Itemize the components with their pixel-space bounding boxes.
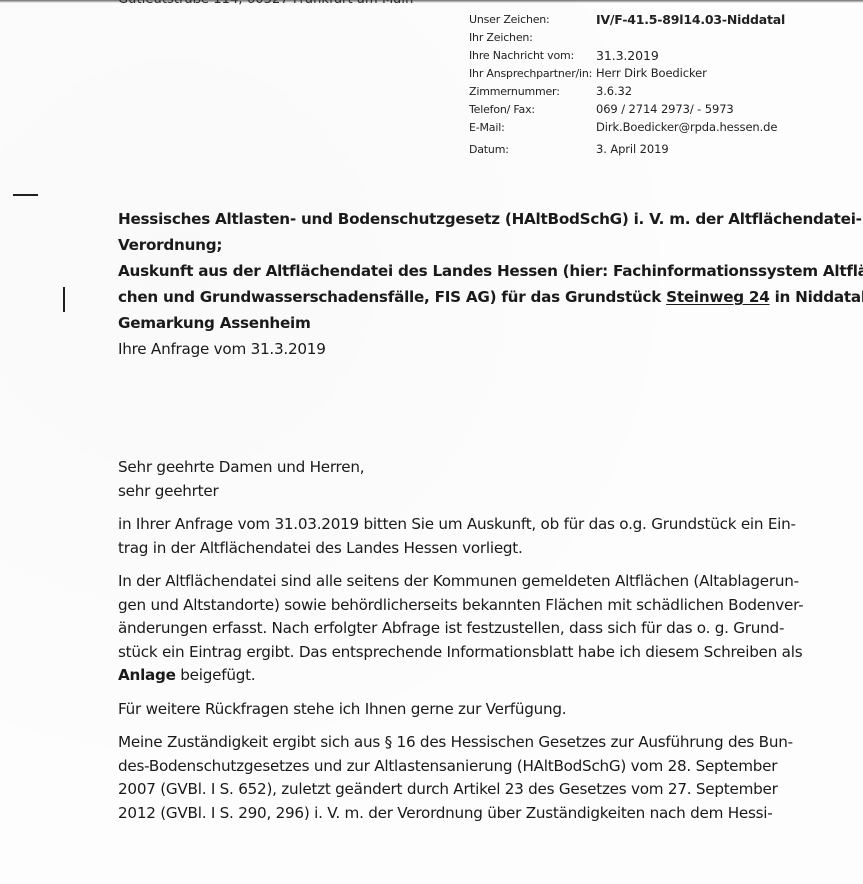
- paragraph-text: beigefügt.: [176, 666, 256, 684]
- paragraph-line: in Ihrer Anfrage vom 31.03.2019 bitten S…: [118, 513, 834, 537]
- paragraph-line: Für weitere Rückfragen stehe ich Ihnen g…: [118, 698, 834, 722]
- meta-row-phone-fax: Telefon/ Fax: 069 / 2714 2973/ - 5973: [469, 100, 829, 118]
- paragraph-line: änderungen erfasst. Nach erfolgter Abfra…: [118, 617, 834, 641]
- meta-label: Ihre Nachricht vom:: [469, 49, 596, 62]
- paragraph-line: Anlage beigefügt.: [118, 664, 834, 688]
- meta-row-your-reference: Ihr Zeichen:: [469, 28, 829, 46]
- meta-row-room-number: Zimmernummer: 3.6.32: [469, 82, 829, 100]
- punch-mark: [63, 287, 65, 312]
- property-address-link[interactable]: Steinweg 24: [666, 288, 769, 306]
- salutation: Sehr geehrte Damen und Herren, sehr geeh…: [118, 456, 834, 503]
- paragraph-line: des-Bodenschutzgesetzes und zur Altlaste…: [118, 755, 834, 779]
- meta-value: 31.3.2019: [596, 48, 659, 63]
- letter-metadata-block: Unser Zeichen: IV/F-41.5-89l14.03-Niddat…: [469, 10, 829, 158]
- meta-label: Unser Zeichen:: [469, 13, 596, 26]
- paragraph-line: 2007 (GVBl. I S. 652), zuletzt geändert …: [118, 778, 834, 802]
- paragraph-line: 2012 (GVBl. I S. 290, 296) i. V. m. der …: [118, 802, 834, 826]
- meta-label: E-Mail:: [469, 121, 596, 134]
- meta-label: Ihr Zeichen:: [469, 31, 596, 44]
- meta-label: Datum:: [469, 143, 596, 156]
- meta-label: Telefon/ Fax:: [469, 103, 596, 116]
- meta-value: 3. April 2019: [596, 142, 669, 156]
- paragraph-line: trag in der Altflächendatei des Landes H…: [118, 537, 834, 561]
- attachment-label: Anlage: [118, 666, 176, 684]
- meta-label: Zimmernummer:: [469, 85, 596, 98]
- meta-label: Ihr Ansprechpartner/in:: [469, 67, 596, 80]
- paragraph-inquiry: in Ihrer Anfrage vom 31.03.2019 bitten S…: [118, 513, 834, 560]
- subject-text: in Niddatal,: [770, 288, 863, 306]
- subject-line: Verordnung;: [118, 232, 834, 258]
- subject-line: Gemarkung Assenheim: [118, 310, 834, 336]
- paragraph-line: stück ein Eintrag ergibt. Das entspreche…: [118, 641, 834, 665]
- sender-address: Gutleutstraße 114, 60327 Frankfurt am Ma…: [118, 0, 413, 7]
- paragraph-jurisdiction: Meine Zuständigkeit ergibt sich aus § 16…: [118, 731, 834, 825]
- subject-heading: Hessisches Altlasten- und Bodenschutzges…: [118, 206, 834, 336]
- subject-line: Hessisches Altlasten- und Bodenschutzges…: [118, 206, 834, 232]
- meta-value: Herr Dirk Boedicker: [596, 66, 707, 80]
- meta-row-contact-person: Ihr Ansprechpartner/in: Herr Dirk Boedic…: [469, 64, 829, 82]
- subject-line: chen und Grundwasserschadensfälle, FIS A…: [118, 284, 834, 310]
- subject-section: Hessisches Altlasten- und Bodenschutzges…: [118, 206, 834, 362]
- paragraph-contact-offer: Für weitere Rückfragen stehe ich Ihnen g…: [118, 698, 834, 722]
- paragraph-line: In der Altflächendatei sind alle seitens…: [118, 570, 834, 594]
- subject-text: chen und Grundwasserschadensfälle, FIS A…: [118, 288, 666, 306]
- meta-row-our-reference: Unser Zeichen: IV/F-41.5-89l14.03-Niddat…: [469, 10, 829, 28]
- fold-mark: [13, 194, 38, 196]
- paragraph-line: gen und Altstandorte) sowie behördlicher…: [118, 594, 834, 618]
- letter-body: Sehr geehrte Damen und Herren, sehr geeh…: [118, 456, 834, 825]
- meta-value: 3.6.32: [596, 84, 632, 98]
- email-link[interactable]: Dirk.Boedicker@rpda.hessen.de: [596, 120, 777, 134]
- salutation-line: Sehr geehrte Damen und Herren,: [118, 456, 834, 480]
- meta-row-date: Datum: 3. April 2019: [469, 140, 829, 158]
- subject-line: Auskunft aus der Altflächendatei des Lan…: [118, 258, 834, 284]
- paragraph-line: Meine Zuständigkeit ergibt sich aus § 16…: [118, 731, 834, 755]
- meta-value: 069 / 2714 2973/ - 5973: [596, 102, 734, 116]
- meta-row-your-message-date: Ihre Nachricht vom: 31.3.2019: [469, 46, 829, 64]
- paragraph-result: In der Altflächendatei sind alle seitens…: [118, 570, 834, 688]
- inquiry-reference: Ihre Anfrage vom 31.3.2019: [118, 336, 834, 362]
- salutation-line: sehr geehrter: [118, 480, 834, 504]
- meta-row-email: E-Mail: Dirk.Boedicker@rpda.hessen.de: [469, 118, 829, 136]
- meta-value: IV/F-41.5-89l14.03-Niddatal: [596, 12, 785, 27]
